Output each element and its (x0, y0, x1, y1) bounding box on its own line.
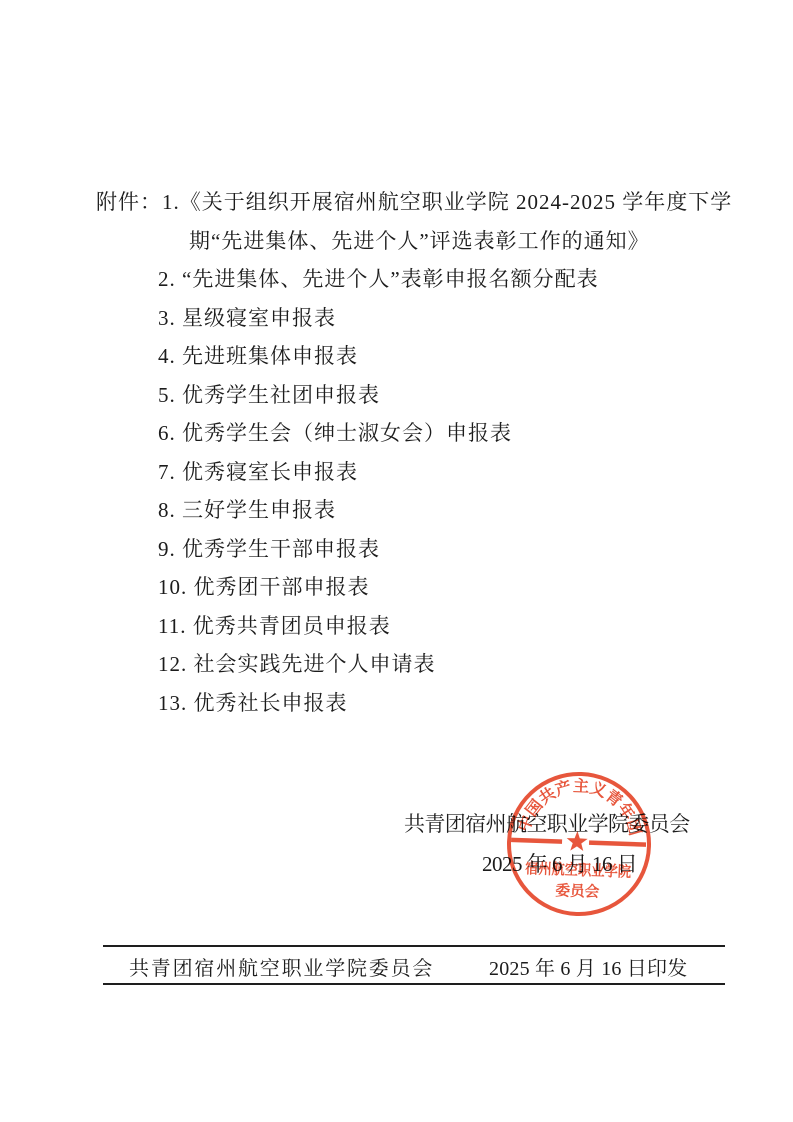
attachment-item-3: 3. 星级寝室申报表 (0, 299, 793, 338)
attachment-item-8: 8. 三好学生申报表 (0, 491, 793, 530)
footer-rule-top (103, 945, 725, 947)
seal-arc-char: 主 (573, 776, 590, 796)
official-seal-stamp: 中国共产主义青年团 宿州航空职业学院 委员会 (502, 767, 655, 920)
footer-rule-bottom (103, 983, 725, 985)
attachment-heading-line: 附件：1.《关于组织开展宿州航空职业学院 2024-2025 学年度下学 (0, 183, 793, 222)
attachment-item-5: 5. 优秀学生社团申报表 (0, 376, 793, 415)
attachment-item-12: 12. 社会实践先进个人申请表 (0, 645, 793, 684)
seal-committee-line: 委员会 (555, 881, 600, 901)
attachment-item-4: 4. 先进班集体申报表 (0, 337, 793, 376)
attachment-list: 附件：1.《关于组织开展宿州航空职业学院 2024-2025 学年度下学 期“先… (0, 183, 793, 722)
document-page: 附件：1.《关于组织开展宿州航空职业学院 2024-2025 学年度下学 期“先… (0, 0, 793, 1122)
attachment-item-1-continuation: 期“先进集体、先进个人”评选表彰工作的通知》 (0, 222, 793, 261)
attachment-item-13: 13. 优秀社长申报表 (0, 684, 793, 723)
footer-issue-date: 2025 年 6 月 16 日印发 (489, 952, 687, 981)
seal-left-bar (511, 838, 562, 844)
attachment-item-10: 10. 优秀团干部申报表 (0, 568, 793, 607)
seal-arc-text: 中国共产主义青年团 (515, 774, 648, 838)
seal-right-bar (589, 840, 646, 846)
seal-star-icon (566, 831, 588, 852)
seal-org-line: 宿州航空职业学院 (525, 859, 632, 881)
attachment-item-9: 9. 优秀学生干部申报表 (0, 530, 793, 569)
attachment-item-6: 6. 优秀学生会（绅士淑女会）申报表 (0, 414, 793, 453)
attachment-item-2: 2. “先进集体、先进个人”表彰申报名额分配表 (0, 260, 793, 299)
attachment-item-11: 11. 优秀共青团员申报表 (0, 607, 793, 646)
attachment-item-7: 7. 优秀寝室长申报表 (0, 453, 793, 492)
footer-org: 共青团宿州航空职业学院委员会 (129, 952, 434, 981)
